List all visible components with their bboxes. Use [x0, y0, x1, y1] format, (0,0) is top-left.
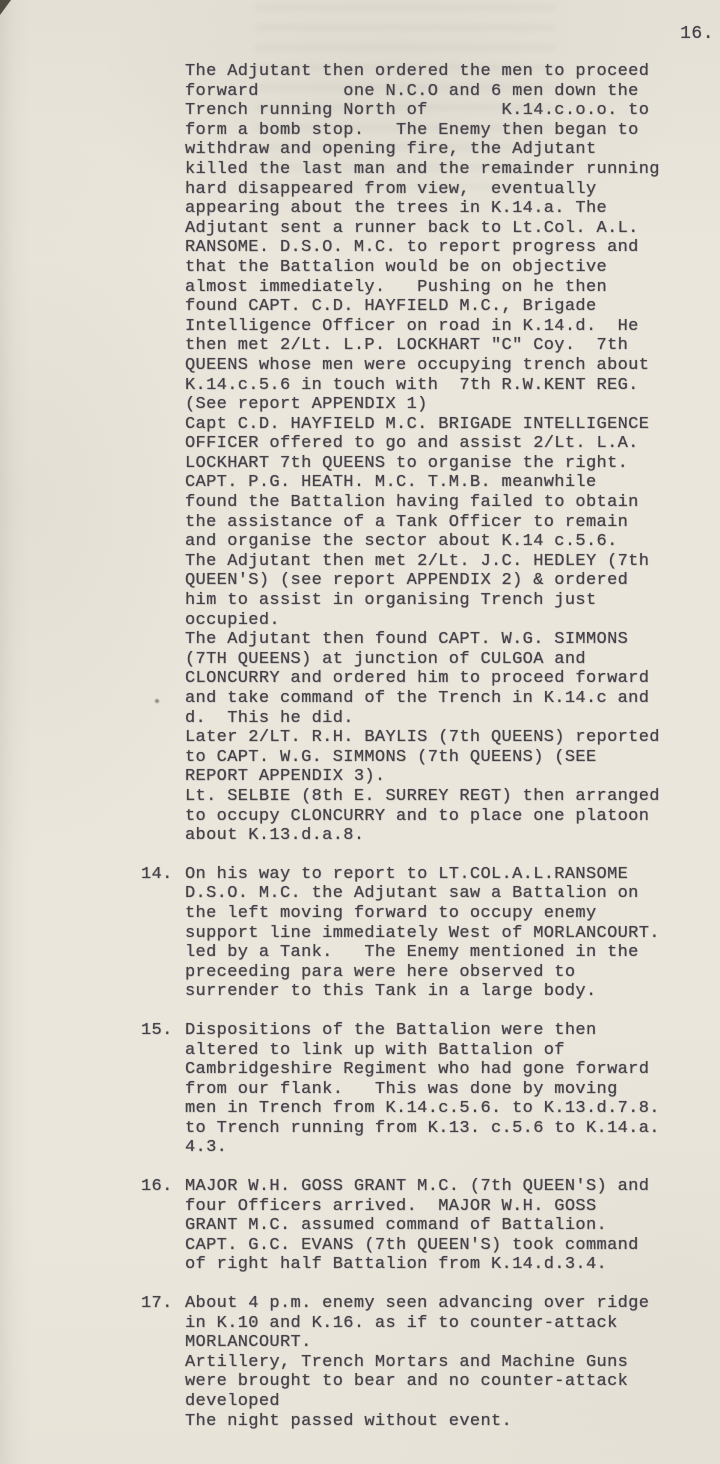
- text-line: GRANT M.C. assumed command of Battalion.: [185, 1216, 685, 1236]
- text-line: occupied.: [185, 611, 685, 631]
- text-line: to CAPT. W.G. SIMMONS (7th QUEENS) (SEE: [185, 748, 685, 768]
- paragraph-number: 14.: [141, 865, 173, 885]
- paragraph-number: 16.: [141, 1177, 173, 1197]
- text-line: surrender to this Tank in a large body.: [185, 982, 685, 1002]
- paragraph: 15.Dispositions of the Battalion were th…: [185, 1021, 685, 1158]
- text-line: forward one N.C.O and 6 men down the: [185, 82, 685, 102]
- text-line: The Adjutant then found CAPT. W.G. SIMMO…: [185, 630, 685, 650]
- text-line: Intelligence Officer on road in K.14.d. …: [185, 317, 685, 337]
- text-line: led by a Tank. The Enemy mentioned in th…: [185, 943, 685, 963]
- text-line: LOCKHART 7th QUEENS to organise the righ…: [185, 454, 685, 474]
- text-line: were brought to bear and no counter-atta…: [185, 1372, 685, 1392]
- text-line: men in Trench from K.14.c.5.6. to K.13.d…: [185, 1099, 685, 1119]
- paragraph: The Adjutant then ordered the men to pro…: [185, 62, 685, 846]
- text-line: QUEENS whose men were occupying trench a…: [185, 356, 685, 376]
- text-line: Dispositions of the Battalion were then: [185, 1021, 685, 1041]
- text-line: Later 2/LT. R.H. BAYLIS (7th QUEENS) rep…: [185, 728, 685, 748]
- scan-corner-mark: [0, 0, 11, 15]
- text-line: MORLANCOURT.: [185, 1333, 685, 1353]
- text-line: d. This he did.: [185, 709, 685, 729]
- text-line: him to assist in organising Trench just: [185, 591, 685, 611]
- text-line: form a bomb stop. The Enemy then began t…: [185, 121, 685, 141]
- text-line: K.14.c.5.6 in touch with 7th R.W.KENT RE…: [185, 376, 685, 396]
- diary-text-block: The Adjutant then ordered the men to pro…: [185, 62, 685, 1431]
- text-line: support line immediately West of MORLANC…: [185, 924, 685, 944]
- text-line: CLONCURRY and ordered him to proceed for…: [185, 669, 685, 689]
- text-line: preceeding para were here observed to: [185, 963, 685, 983]
- text-line: QUEEN'S) (see report APPENDIX 2) & order…: [185, 571, 685, 591]
- text-line: The night passed without event.: [185, 1412, 685, 1432]
- paragraph: 17.About 4 p.m. enemy seen advancing ove…: [185, 1294, 685, 1431]
- text-line: Artillery, Trench Mortars and Machine Gu…: [185, 1353, 685, 1373]
- text-line: CAPT. G.C. EVANS (7th QUEEN'S) took comm…: [185, 1236, 685, 1256]
- text-line: Cambridgeshire Regiment who had gone for…: [185, 1060, 685, 1080]
- text-line: the assistance of a Tank Officer to rema…: [185, 513, 685, 533]
- text-line: MAJOR W.H. GOSS GRANT M.C. (7th QUEEN'S)…: [185, 1177, 685, 1197]
- page-number: 16.: [680, 24, 714, 44]
- text-line: The Adjutant then met 2/Lt. J.C. HEDLEY …: [185, 552, 685, 572]
- text-line: altered to link up with Battalion of: [185, 1041, 685, 1061]
- text-line: CAPT. P.G. HEATH. M.C. T.M.B. meanwhile: [185, 473, 685, 493]
- paragraph-number: 15.: [141, 1021, 173, 1041]
- text-line: OFFICER offered to go and assist 2/Lt. L…: [185, 434, 685, 454]
- text-line: RANSOME. D.S.O. M.C. to report progress …: [185, 238, 685, 258]
- text-line: Trench running North of K.14.c.o.o. to: [185, 101, 685, 121]
- ink-speck: [155, 699, 159, 703]
- paragraph-number: 17.: [141, 1294, 173, 1314]
- text-line: killed the last man and the remainder ru…: [185, 160, 685, 180]
- text-line: withdraw and opening fire, the Adjutant: [185, 140, 685, 160]
- paragraph: 16.MAJOR W.H. GOSS GRANT M.C. (7th QUEEN…: [185, 1177, 685, 1275]
- text-line: developed: [185, 1392, 685, 1412]
- text-line: REPORT APPENDIX 3).: [185, 767, 685, 787]
- text-line: four Officers arrived. MAJOR W.H. GOSS: [185, 1197, 685, 1217]
- text-line: hard disappeared from view, eventually: [185, 180, 685, 200]
- text-line: to Trench running from K.13. c.5.6 to K.…: [185, 1119, 685, 1139]
- text-line: found CAPT. C.D. HAYFIELD M.C., Brigade: [185, 297, 685, 317]
- text-line: Capt C.D. HAYFIELD M.C. BRIGADE INTELLIG…: [185, 415, 685, 435]
- text-line: The Adjutant then ordered the men to pro…: [185, 62, 685, 82]
- diary-page: 16. The Adjutant then ordered the men to…: [0, 0, 720, 1464]
- text-line: (7TH QUEENS) at junction of CULGOA and: [185, 650, 685, 670]
- text-line: On his way to report to LT.COL.A.L.RANSO…: [185, 865, 685, 885]
- text-line: and take command of the Trench in K.14.c…: [185, 689, 685, 709]
- text-line: about K.13.d.a.8.: [185, 826, 685, 846]
- text-line: to occupy CLONCURRY and to place one pla…: [185, 807, 685, 827]
- text-line: and organise the sector about K.14 c.5.6…: [185, 532, 685, 552]
- text-line: D.S.O. M.C. the Adjutant saw a Battalion…: [185, 884, 685, 904]
- text-line: Lt. SELBIE (8th E. SURREY REGT) then arr…: [185, 787, 685, 807]
- text-line: that the Battalion would be on objective: [185, 258, 685, 278]
- text-line: (See report APPENDIX 1): [185, 395, 685, 415]
- text-line: About 4 p.m. enemy seen advancing over r…: [185, 1294, 685, 1314]
- text-line: 4.3.: [185, 1138, 685, 1158]
- text-line: the left moving forward to occupy enemy: [185, 904, 685, 924]
- text-line: Adjutant sent a runner back to Lt.Col. A…: [185, 219, 685, 239]
- text-line: then met 2/Lt. L.P. LOCKHART "C" Coy. 7t…: [185, 336, 685, 356]
- text-line: in K.10 and K.16. as if to counter-attac…: [185, 1314, 685, 1334]
- paragraph: 14.On his way to report to LT.COL.A.L.RA…: [185, 865, 685, 1002]
- text-line: appearing about the trees in K.14.a. The: [185, 199, 685, 219]
- text-line: of right half Battalion from K.14.d.3.4.: [185, 1255, 685, 1275]
- text-line: almost immediately. Pushing on he then: [185, 278, 685, 298]
- text-line: from our flank. This was done by moving: [185, 1080, 685, 1100]
- text-line: found the Battalion having failed to obt…: [185, 493, 685, 513]
